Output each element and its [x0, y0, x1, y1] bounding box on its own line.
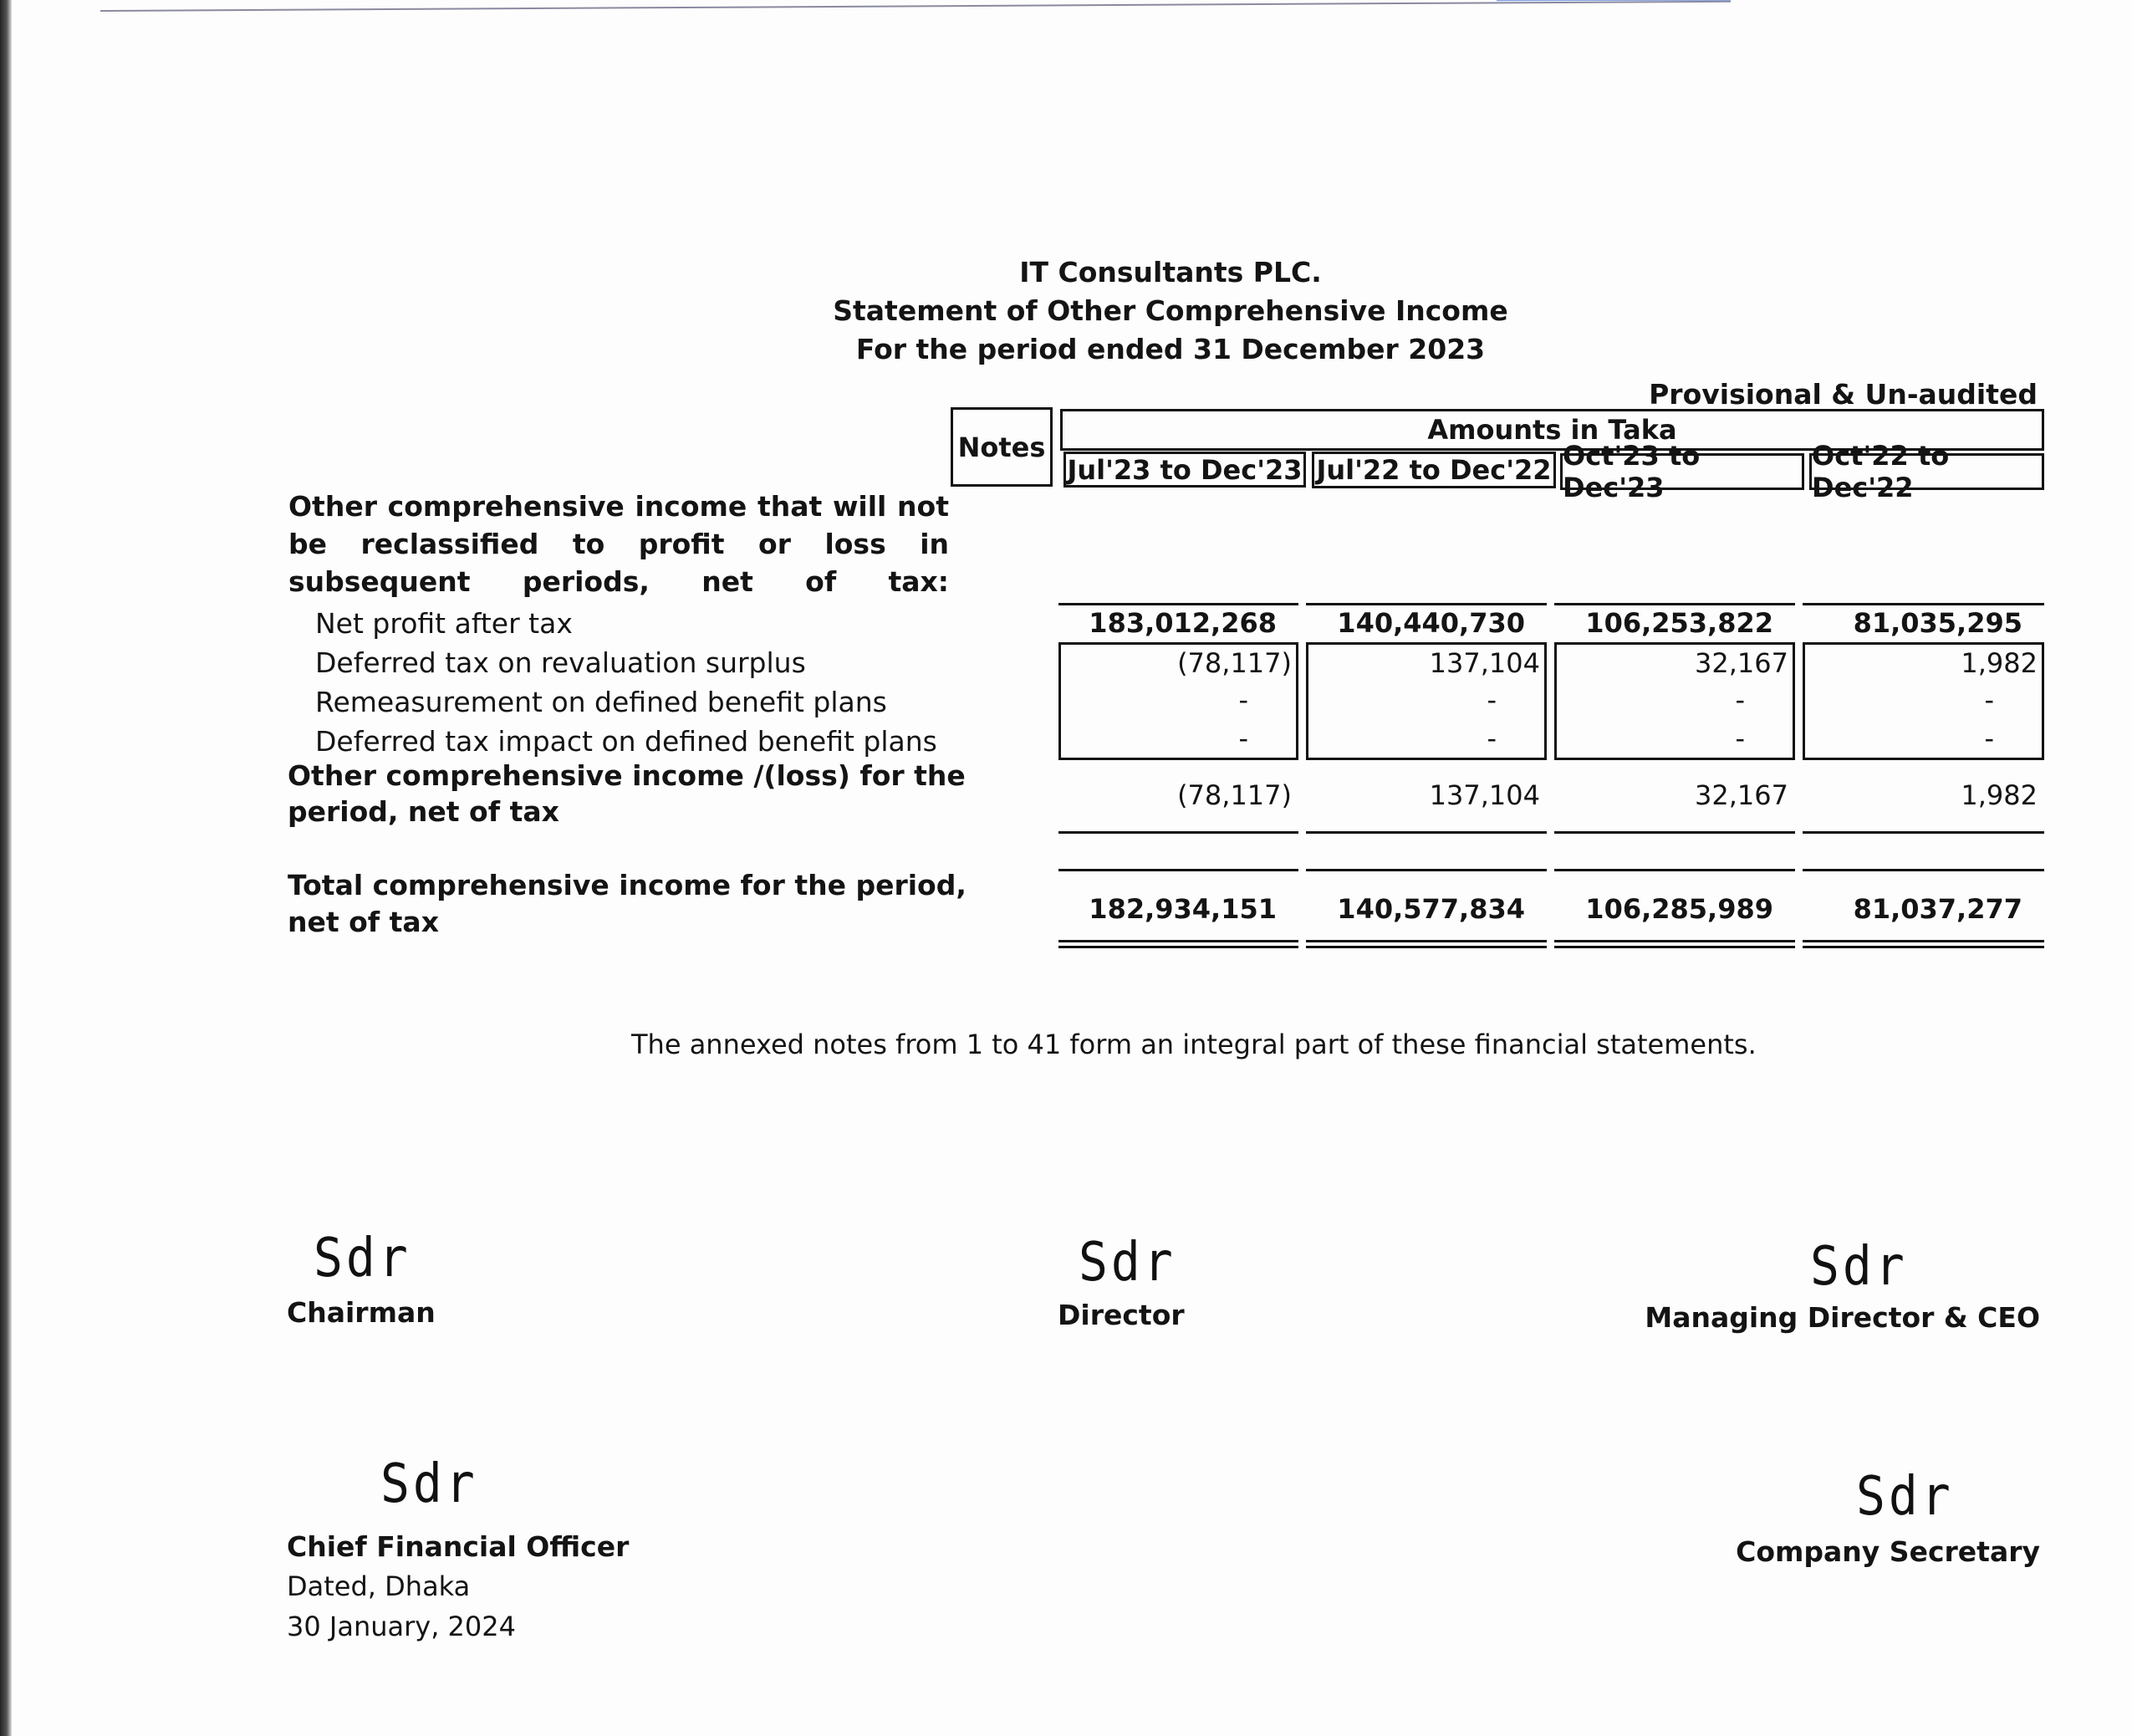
rule-oci — [1803, 831, 2044, 834]
value-deferred-tax-revaluation: 1,982 — [1803, 647, 2038, 679]
role-director: Director — [1058, 1299, 1185, 1331]
rule-total-top — [1554, 869, 1795, 871]
grand-total-label-line2: net of tax — [288, 903, 439, 941]
row-label-deferred-tax-benefit: Deferred tax impact on defined benefit p… — [315, 722, 937, 760]
column-header-label: Jul'23 to Dec'23 — [1067, 454, 1302, 486]
value-grand-total: 182,934,151 — [1058, 893, 1277, 925]
value-deferred-tax-benefit: - — [1306, 722, 1497, 754]
dated-date: 30 January, 2024 — [287, 1611, 516, 1642]
rule-double-1 — [1306, 940, 1547, 942]
value-oci-total: 32,167 — [1554, 779, 1788, 811]
column-header-1: Jul'23 to Dec'23 — [1063, 452, 1306, 488]
value-grand-total: 140,577,834 — [1306, 893, 1525, 925]
column-header-4: Oct'22 to Dec'22 — [1809, 453, 2044, 490]
value-deferred-tax-benefit: - — [1058, 722, 1248, 754]
rule-double-2 — [1058, 946, 1298, 948]
value-remeasurement: - — [1803, 684, 1994, 716]
section-heading: Other comprehensive income that will not… — [288, 488, 949, 600]
column-header-3: Oct'23 to Dec'23 — [1560, 453, 1804, 490]
rule-top — [1554, 603, 1795, 605]
rule-top — [1306, 603, 1547, 605]
column-header-label: Oct'23 to Dec'23 — [1563, 440, 1802, 503]
signature-chairman: Sdr — [314, 1227, 411, 1289]
dated-place: Dated, Dhaka — [287, 1570, 470, 1602]
value-deferred-tax-revaluation: 32,167 — [1554, 647, 1788, 679]
rule-top — [1058, 603, 1298, 605]
oci-total-label-line2: period, net of tax — [288, 793, 559, 830]
value-remeasurement: - — [1554, 684, 1745, 716]
oci-total-label-line1: Other comprehensive income /(loss) for t… — [288, 757, 966, 794]
rule-double-2 — [1306, 946, 1547, 948]
value-oci-total: 1,982 — [1803, 779, 2038, 811]
rule-top — [1803, 603, 2044, 605]
column-header-2: Jul'22 to Dec'22 — [1312, 452, 1556, 488]
column-header-label: Jul'22 to Dec'22 — [1316, 454, 1551, 486]
scan-top-line — [100, 1, 1731, 12]
rule-total-top — [1058, 869, 1298, 871]
value-remeasurement: - — [1058, 684, 1248, 716]
value-deferred-tax-revaluation: 137,104 — [1306, 647, 1540, 679]
row-label-net-profit: Net profit after tax — [315, 605, 573, 642]
grand-total-label-line1: Total comprehensive income for the perio… — [288, 866, 967, 904]
company-name: IT Consultants PLC. — [669, 256, 1672, 288]
value-oci-total: (78,117) — [1058, 779, 1292, 811]
rule-double-2 — [1803, 946, 2044, 948]
row-label-remeasurement: Remeasurement on defined benefit plans — [315, 683, 887, 721]
rule-double-1 — [1058, 940, 1298, 942]
signature-cfo: Sdr — [380, 1453, 478, 1515]
role-chairman: Chairman — [287, 1296, 436, 1329]
rule-double-1 — [1554, 940, 1795, 942]
statement-title: Statement of Other Comprehensive Income — [669, 294, 1672, 327]
value-net-profit: 183,012,268 — [1058, 607, 1277, 639]
role-md-ceo: Managing Director & CEO — [1645, 1301, 2040, 1334]
value-net-profit: 106,253,822 — [1554, 607, 1773, 639]
signature-director: Sdr — [1079, 1231, 1176, 1294]
rule-total-top — [1803, 869, 2044, 871]
value-grand-total: 106,285,989 — [1554, 893, 1773, 925]
statement-period: For the period ended 31 December 2023 — [669, 333, 1672, 365]
scan-edge-shadow — [0, 0, 12, 1736]
rule-oci — [1554, 831, 1795, 834]
rule-oci — [1058, 831, 1298, 834]
signature-company-secretary: Sdr — [1856, 1465, 1954, 1528]
audit-status: Provisional & Un-audited — [1649, 378, 2038, 411]
rule-double-2 — [1554, 946, 1795, 948]
value-net-profit: 140,440,730 — [1306, 607, 1525, 639]
value-oci-total: 137,104 — [1306, 779, 1540, 811]
signature-md-ceo: Sdr — [1810, 1235, 1908, 1298]
row-label-deferred-tax-revaluation: Deferred tax on revaluation surplus — [315, 644, 806, 682]
notes-header: Notes — [951, 407, 1053, 487]
column-header-label: Oct'22 to Dec'22 — [1812, 440, 2042, 503]
role-company-secretary: Company Secretary — [1736, 1535, 2040, 1568]
value-deferred-tax-revaluation: (78,117) — [1058, 647, 1292, 679]
value-remeasurement: - — [1306, 684, 1497, 716]
footnote: The annexed notes from 1 to 41 form an i… — [631, 1029, 1757, 1060]
rule-oci — [1306, 831, 1547, 834]
rule-total-top — [1306, 869, 1547, 871]
value-net-profit: 81,035,295 — [1803, 607, 2022, 639]
notes-header-label: Notes — [958, 431, 1046, 463]
value-deferred-tax-benefit: - — [1554, 722, 1745, 754]
role-cfo: Chief Financial Officer — [287, 1530, 629, 1563]
value-deferred-tax-benefit: - — [1803, 722, 1994, 754]
rule-double-1 — [1803, 940, 2044, 942]
document-page: IT Consultants PLC. Statement of Other C… — [0, 0, 2132, 1736]
value-grand-total: 81,037,277 — [1803, 893, 2022, 925]
